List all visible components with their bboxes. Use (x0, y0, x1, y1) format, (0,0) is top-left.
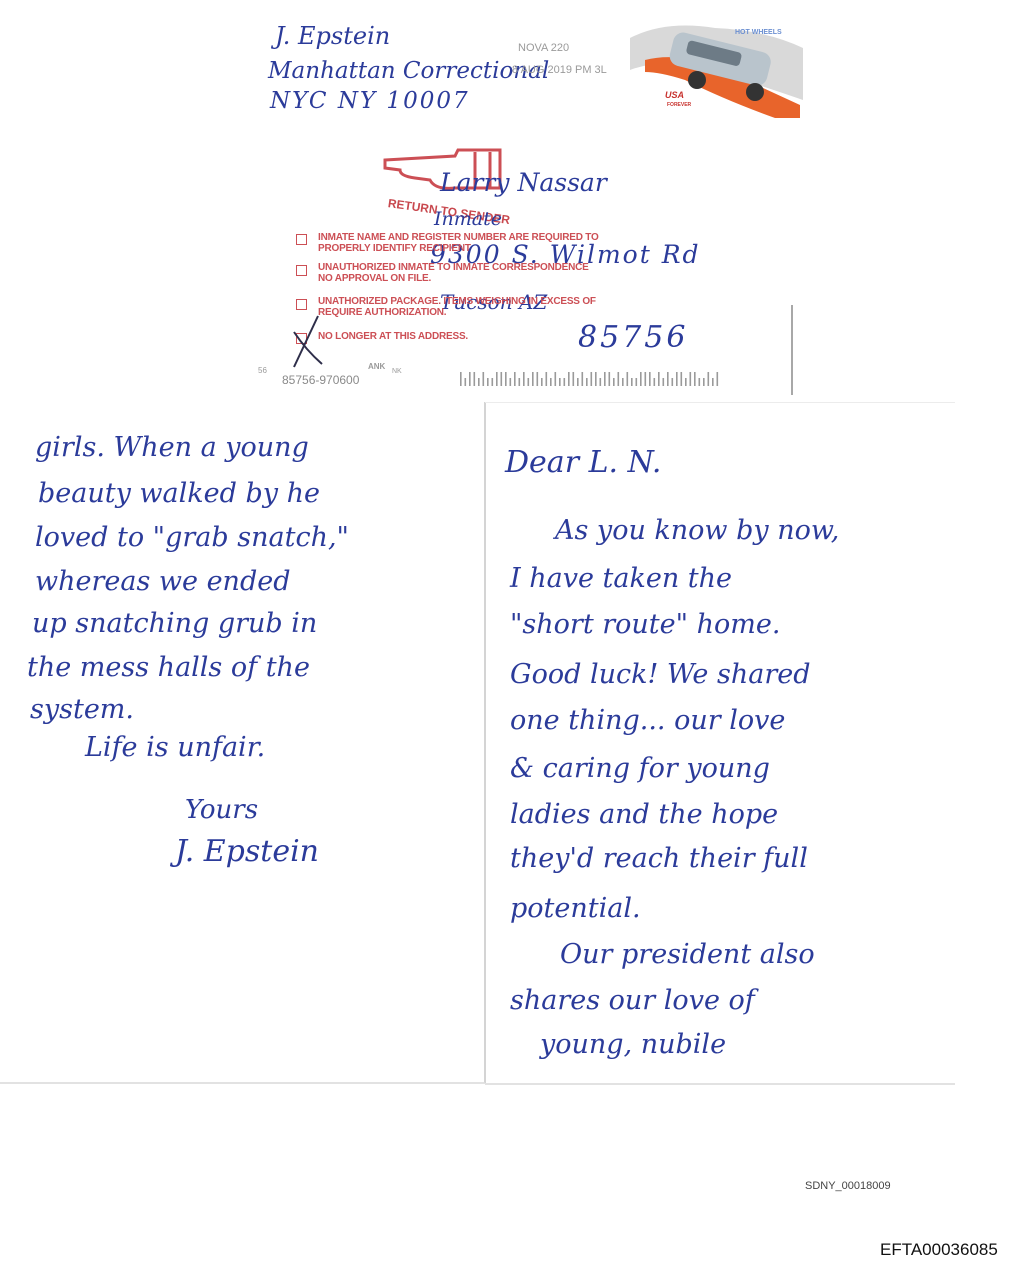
return-address-line3: NYC NY 10007 (270, 88, 470, 114)
checkbox-option-2 (296, 265, 307, 276)
handwritten-line: I have taken the (510, 563, 732, 594)
bates-efta: EFTA00036085 (880, 1240, 998, 1260)
closing: Yours (185, 795, 258, 825)
handwritten-line: loved to "grab snatch," (35, 522, 349, 553)
postmark-line2: 8 AUG 2019 PM 3L (512, 64, 607, 76)
option-1-label-1: INMATE NAME AND REGISTER NUMBER ARE REQU… (318, 232, 599, 243)
salutation: Dear L. N. (505, 445, 661, 480)
check-mark-x-icon (288, 312, 328, 372)
handwritten-line: Good luck! We shared (510, 659, 811, 690)
handwritten-line: the mess halls of the (27, 652, 310, 683)
message-panel-left: girls. When a youngbeauty walked by helo… (0, 402, 486, 1084)
handwritten-line: As you know by now, (555, 515, 839, 546)
handwritten-line: "short route" home. (510, 609, 780, 640)
handwritten-line: they'd reach their full (510, 843, 808, 874)
svg-text:FOREVER: FOREVER (667, 102, 692, 108)
handwritten-line: Our president also (560, 939, 815, 970)
recipient-line2: Inmate (434, 208, 502, 230)
return-address-line1: J. Epstein (275, 22, 390, 50)
checkbox-option-1 (296, 234, 307, 245)
handwritten-line: whereas we ended (35, 566, 291, 597)
sort-ank: ANK (368, 362, 385, 371)
handwritten-line: one thing... our love (510, 705, 785, 736)
sort-nk: NK (392, 368, 402, 375)
postal-barcode (460, 372, 725, 386)
svg-text:HOT WHEELS: HOT WHEELS (735, 29, 782, 36)
recipient-zip: 85756 (578, 320, 688, 355)
option-4-label-1: NO LONGER AT THIS ADDRESS. (318, 331, 468, 342)
handwritten-line: & caring for young (510, 753, 770, 784)
handwritten-line: ladies and the hope (510, 799, 778, 830)
handwritten-line: potential. (510, 893, 641, 924)
postage-stamp: HOT WHEELS USA FOREVER (625, 20, 805, 120)
bates-sdny: SDNY_00018009 (805, 1180, 891, 1192)
signature: J. Epstein (175, 834, 319, 869)
option-2-label-1: UNAUTHORIZED INMATE TO INMATE CORRESPOND… (318, 262, 589, 273)
handwritten-line: girls. When a young (35, 432, 309, 463)
handwritten-line: system. (30, 694, 134, 725)
option-2-label-2: NO APPROVAL ON FILE. (318, 273, 431, 284)
handwritten-line: up snatching grub in (32, 608, 317, 639)
checkbox-option-3 (296, 299, 307, 310)
handwritten-line: shares our love of (510, 985, 755, 1016)
option-1-label-2: PROPERLY IDENTIFY RECIPIENT (318, 243, 471, 254)
return-address-line2: Manhattan Correctional (268, 58, 549, 84)
option-3-label-2: REQUIRE AUTHORIZATION. (318, 307, 446, 318)
handwritten-line: beauty walked by he (38, 478, 320, 509)
postmark-line1: NOVA 220 (518, 42, 569, 54)
sort-prefix: 56 (258, 366, 267, 375)
race-car-stamp-icon: HOT WHEELS USA FOREVER (625, 20, 805, 120)
sort-code: 85756-970600 (282, 373, 359, 387)
handwritten-line: young, nubile (540, 1029, 726, 1060)
edge-line (791, 305, 793, 395)
recipient-name: Larry Nassar (440, 168, 607, 197)
option-3-label-1: UNATHORIZED PACKAGE. ITEMS WEIGHING IN E… (318, 296, 596, 307)
message-panel-right: Dear L. N. As you know by now,I have tak… (485, 402, 955, 1085)
svg-text:USA: USA (665, 90, 684, 100)
handwritten-line: Life is unfair. (85, 732, 265, 763)
